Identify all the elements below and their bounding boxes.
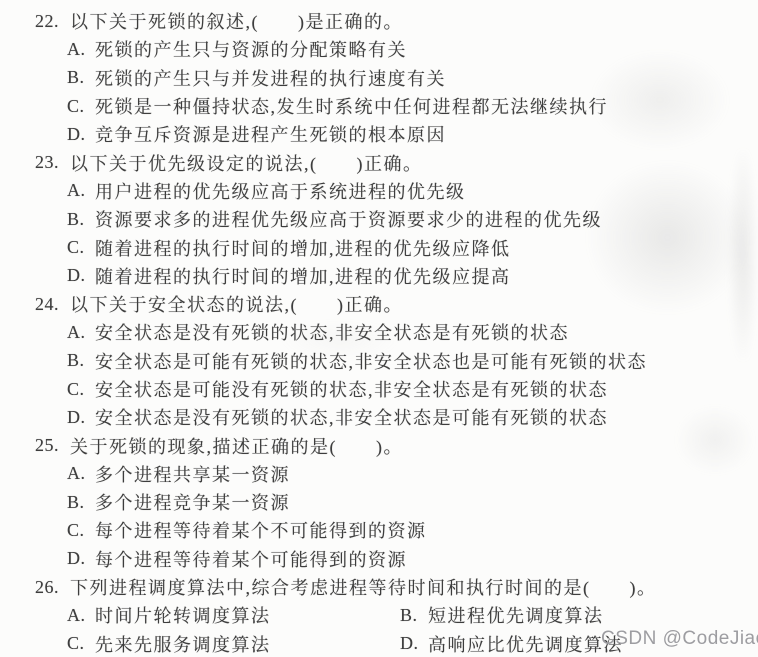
option-letter: D. (400, 633, 428, 654)
question-number: 23. (35, 152, 70, 173)
question-line: 26. 下列进程调度算法中,综合考虑进程等待时间和执行时间的是( )。 (0, 573, 758, 601)
option-row: B. 资源要求多的进程优先级应高于资源要求少的进程的优先级 (0, 205, 758, 233)
option-text: 时间片轮转调度算法 (95, 602, 271, 628)
question-text: 以下关于死锁的叙述,( )是正确的。 (70, 8, 403, 34)
option-row: B. 死锁的产生只与并发进程的执行速度有关 (0, 64, 758, 92)
option-text: 每个进程等待着某个可能得到的资源 (95, 546, 407, 572)
option-letter: A. (67, 322, 95, 343)
question-text: 以下关于安全状态的说法,( )正确。 (70, 291, 403, 317)
question-block: 22. 以下关于死锁的叙述,( )是正确的。 A. 死锁的产生只与资源的分配策略… (0, 7, 758, 148)
question-block: 24. 以下关于安全状态的说法,( )正确。 A. 安全状态是没有死锁的状态,非… (0, 290, 758, 431)
question-line: 25. 关于死锁的现象,描述正确的是( )。 (0, 431, 758, 459)
option-text: 高响应比优先调度算法 (428, 631, 623, 657)
option-row: B. 安全状态是可能有死锁的状态,非安全状态也是可能有死锁的状态 (0, 347, 758, 375)
option-letter: D. (67, 548, 95, 569)
option-letter: C. (67, 520, 95, 541)
option-row: B. 短进程优先调度算法 (400, 601, 758, 629)
option-letter: A. (67, 39, 95, 60)
option-row: B. 多个进程竞争某一资源 (0, 488, 758, 516)
option-letter: A. (67, 180, 95, 201)
option-row: D. 安全状态是没有死锁的状态,非安全状态是可能有死锁的状态 (0, 403, 758, 431)
question-line: 24. 以下关于安全状态的说法,( )正确。 (0, 290, 758, 318)
scanned-exam-page: 22. 以下关于死锁的叙述,( )是正确的。 A. 死锁的产生只与资源的分配策略… (0, 0, 758, 657)
option-letter: D. (67, 124, 95, 145)
option-letter: B. (400, 605, 428, 626)
option-row: C. 每个进程等待着某个不可能得到的资源 (0, 516, 758, 544)
option-list: A. 安全状态是没有死锁的状态,非安全状态是有死锁的状态 B. 安全状态是可能有… (0, 318, 758, 431)
option-text: 短进程优先调度算法 (428, 602, 604, 628)
option-list: A. 死锁的产生只与资源的分配策略有关 B. 死锁的产生只与并发进程的执行速度有… (0, 35, 758, 148)
question-list: 22. 以下关于死锁的叙述,( )是正确的。 A. 死锁的产生只与资源的分配策略… (0, 7, 758, 657)
option-row: A. 时间片轮转调度算法 (0, 601, 400, 629)
option-text: 多个进程竞争某一资源 (95, 489, 290, 515)
option-letter: C. (67, 633, 95, 654)
option-row: C. 安全状态是可能没有死锁的状态,非安全状态是有死锁的状态 (0, 375, 758, 403)
csdn-watermark: CSDN @CodeJiao (601, 628, 758, 650)
option-text: 竞争互斥资源是进程产生死锁的根本原因 (95, 121, 446, 147)
option-row: A. 用户进程的优先级应高于系统进程的优先级 (0, 177, 758, 205)
option-text: 安全状态是可能有死锁的状态,非安全状态也是可能有死锁的状态 (95, 348, 647, 374)
option-letter: B. (67, 209, 95, 230)
option-text: 死锁的产生只与并发进程的执行速度有关 (95, 65, 446, 91)
question-number: 25. (35, 435, 70, 456)
option-letter: A. (67, 463, 95, 484)
option-letter: C. (67, 379, 95, 400)
option-text: 随着进程的执行时间的增加,进程的优先级应提高 (95, 263, 511, 289)
question-number: 22. (35, 11, 70, 32)
option-letter: D. (67, 407, 95, 428)
question-block: 25. 关于死锁的现象,描述正确的是( )。 A. 多个进程共享某一资源 B. … (0, 431, 758, 572)
question-text: 关于死锁的现象,描述正确的是( )。 (70, 433, 403, 459)
question-text: 以下关于优先级设定的说法,( )正确。 (70, 150, 423, 176)
option-row: A. 死锁的产生只与资源的分配策略有关 (0, 35, 758, 63)
option-text: 用户进程的优先级应高于系统进程的优先级 (95, 178, 466, 204)
option-list: A. 多个进程共享某一资源 B. 多个进程竞争某一资源 C. 每个进程等待着某个… (0, 460, 758, 573)
option-row: A. 多个进程共享某一资源 (0, 460, 758, 488)
question-block: 23. 以下关于优先级设定的说法,( )正确。 A. 用户进程的优先级应高于系统… (0, 148, 758, 289)
option-text: 安全状态是没有死锁的状态,非安全状态是有死锁的状态 (95, 319, 569, 345)
option-text: 多个进程共享某一资源 (95, 461, 290, 487)
option-text: 安全状态是没有死锁的状态,非安全状态是可能有死锁的状态 (95, 404, 608, 430)
option-letter: B. (67, 350, 95, 371)
question-number: 24. (35, 294, 70, 315)
option-letter: C. (67, 96, 95, 117)
option-letter: C. (67, 237, 95, 258)
option-text: 随着进程的执行时间的增加,进程的优先级应降低 (95, 235, 511, 261)
option-row: C. 先来先服务调度算法 (0, 630, 400, 657)
option-row: A. 安全状态是没有死锁的状态,非安全状态是有死锁的状态 (0, 318, 758, 346)
question-line: 23. 以下关于优先级设定的说法,( )正确。 (0, 148, 758, 176)
option-row: D. 竞争互斥资源是进程产生死锁的根本原因 (0, 120, 758, 148)
option-row: C. 死锁是一种僵持状态,发生时系统中任何进程都无法继续执行 (0, 92, 758, 120)
question-number: 26. (35, 577, 70, 598)
option-row: D. 随着进程的执行时间的增加,进程的优先级应提高 (0, 262, 758, 290)
option-row: C. 随着进程的执行时间的增加,进程的优先级应降低 (0, 233, 758, 261)
question-line: 22. 以下关于死锁的叙述,( )是正确的。 (0, 7, 758, 35)
option-text: 资源要求多的进程优先级应高于资源要求少的进程的优先级 (95, 206, 602, 232)
option-text: 先来先服务调度算法 (95, 631, 271, 657)
option-row: D. 每个进程等待着某个可能得到的资源 (0, 545, 758, 573)
option-text: 死锁是一种僵持状态,发生时系统中任何进程都无法继续执行 (95, 93, 608, 119)
option-letter: B. (67, 492, 95, 513)
option-text: 每个进程等待着某个不可能得到的资源 (95, 517, 427, 543)
option-text: 死锁的产生只与资源的分配策略有关 (95, 36, 407, 62)
option-letter: B. (67, 67, 95, 88)
option-letter: A. (67, 605, 95, 626)
option-list: A. 用户进程的优先级应高于系统进程的优先级 B. 资源要求多的进程优先级应高于… (0, 177, 758, 290)
question-text: 下列进程调度算法中,综合考虑进程等待时间和执行时间的是( )。 (70, 574, 657, 600)
option-text: 安全状态是可能没有死锁的状态,非安全状态是有死锁的状态 (95, 376, 608, 402)
option-letter: D. (67, 265, 95, 286)
